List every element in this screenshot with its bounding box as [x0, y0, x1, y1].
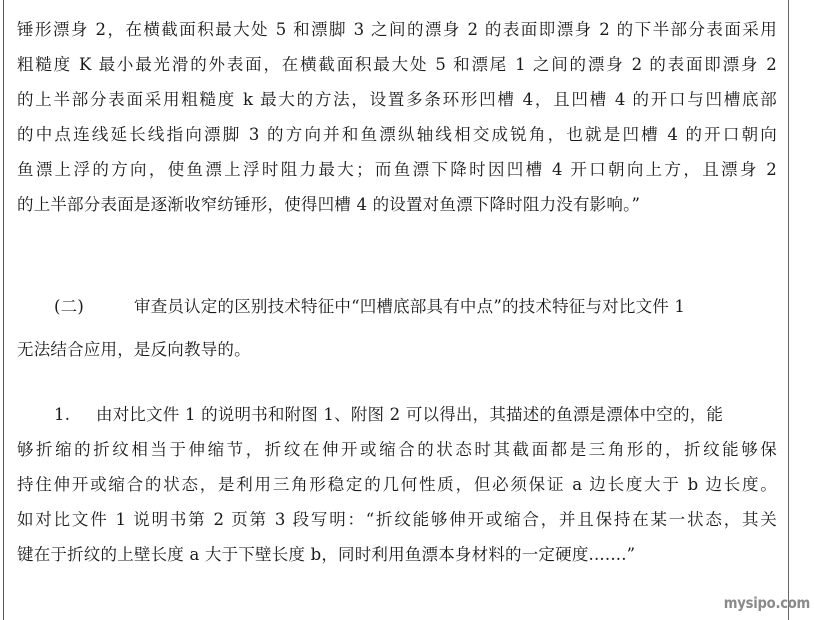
- watermark: mysipo.com: [724, 594, 810, 612]
- paragraph-line: 锤形漂身 2，在横截面积最大处 5 和漂脚 3 之间的漂身 2 的表面即漂身 2…: [17, 20, 777, 40]
- paragraph-line: 粗糙度 K 最小最光滑的外表面，在横截面积最大处 5 和漂尾 1 之间的漂身 2…: [17, 55, 777, 75]
- document-page: 锤形漂身 2，在横截面积最大处 5 和漂脚 3 之间的漂身 2 的表面即漂身 2…: [3, 0, 789, 620]
- paragraph-line: 键在于折纹的上壁长度 a 大于下壁长度 b，同时利用鱼漂本身材料的一定硬度...…: [17, 545, 777, 565]
- list-item-number: 1.: [54, 405, 96, 425]
- paragraph-line: 鱼漂上浮的方向，使鱼漂上浮时阻力最大；而鱼漂下降时因凹槽 4 开口朝向上方，且漂…: [17, 160, 777, 180]
- section-heading-text: 审查员认定的区别技术特征中“凹槽底部具有中点”的技术特征与对比文件 1: [134, 297, 685, 316]
- paragraph-line: 的中点连线延长线指向漂脚 3 的方向并和鱼漂纵轴线相交成锐角，也就是凹槽 4 的…: [17, 125, 777, 145]
- paragraph-line: 如对比文件 1 说明书第 2 页第 3 段写明：“折纹能够伸开或缩合，并且保持在…: [17, 510, 777, 530]
- section-heading-continuation: 无法结合应用，是反向教导的。: [17, 340, 777, 360]
- list-item-first-line: 由对比文件 1 的说明书和附图 1、附图 2 可以得出，其描述的鱼漂是漂体中空的…: [96, 405, 723, 424]
- paragraph-line: 的上半部分表面采用粗糙度 k 最大的方法，设置多条环形凹槽 4，且凹槽 4 的开…: [17, 90, 777, 110]
- paragraph-line: 持住伸开或缩合的状态，是利用三角形稳定的几何性质，但必须保证 a 边长度大于 b…: [17, 475, 777, 495]
- paragraph-line: 的上半部分表面是逐渐收窄纺锤形，使得凹槽 4 的设置对鱼漂下降时阻力没有影响。”: [17, 195, 777, 215]
- section-heading: (二)审查员认定的区别技术特征中“凹槽底部具有中点”的技术特征与对比文件 1: [54, 297, 777, 317]
- paragraph-line: 够折缩的折纹相当于伸缩节，折纹在伸开或缩合的状态时其截面都是三角形的，折纹能够保: [17, 440, 777, 460]
- section-number: (二): [54, 297, 134, 317]
- list-item-heading: 1.由对比文件 1 的说明书和附图 1、附图 2 可以得出，其描述的鱼漂是漂体中…: [54, 405, 777, 425]
